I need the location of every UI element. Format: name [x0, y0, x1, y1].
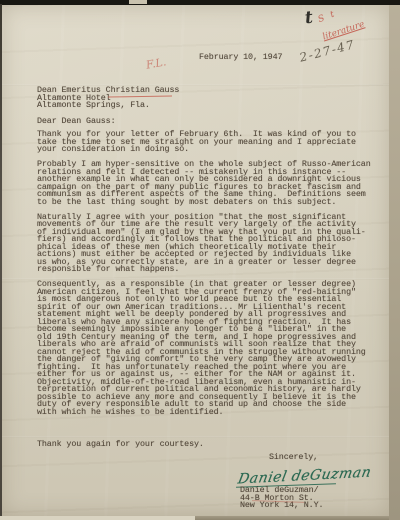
scan-edge-bottom-light	[0, 516, 195, 520]
paragraph-3: Naturally I agree with your position "th…	[37, 214, 389, 274]
closing: Sincerely,	[269, 454, 318, 462]
letter-date: February 10, 1947	[199, 54, 282, 62]
recipient-address: Dean Emeritus Christian Gauss Altamonte …	[37, 87, 179, 110]
paragraph-4: Consequently, as a responsible (in that …	[37, 281, 389, 416]
scanned-letter: t S t literature 2-27-47 F.L. February 1…	[0, 0, 400, 520]
signer-typed-block: Daniel deGuzman/ 44-B Morton St. New Yor…	[240, 487, 323, 510]
paper-crease	[2, 436, 389, 438]
scan-edge-notch	[129, 0, 147, 4]
paragraph-1: Thank you for your letter of February 6t…	[37, 131, 389, 154]
salutation: Dear Dean Gauss:	[37, 118, 116, 126]
courtesy-line: Thank you again for your courtesy.	[37, 441, 204, 449]
paragraph-2: Probably I am hyper-sensitive on the who…	[37, 161, 389, 206]
letter-body: Thank you for your letter of February 6t…	[37, 131, 389, 424]
